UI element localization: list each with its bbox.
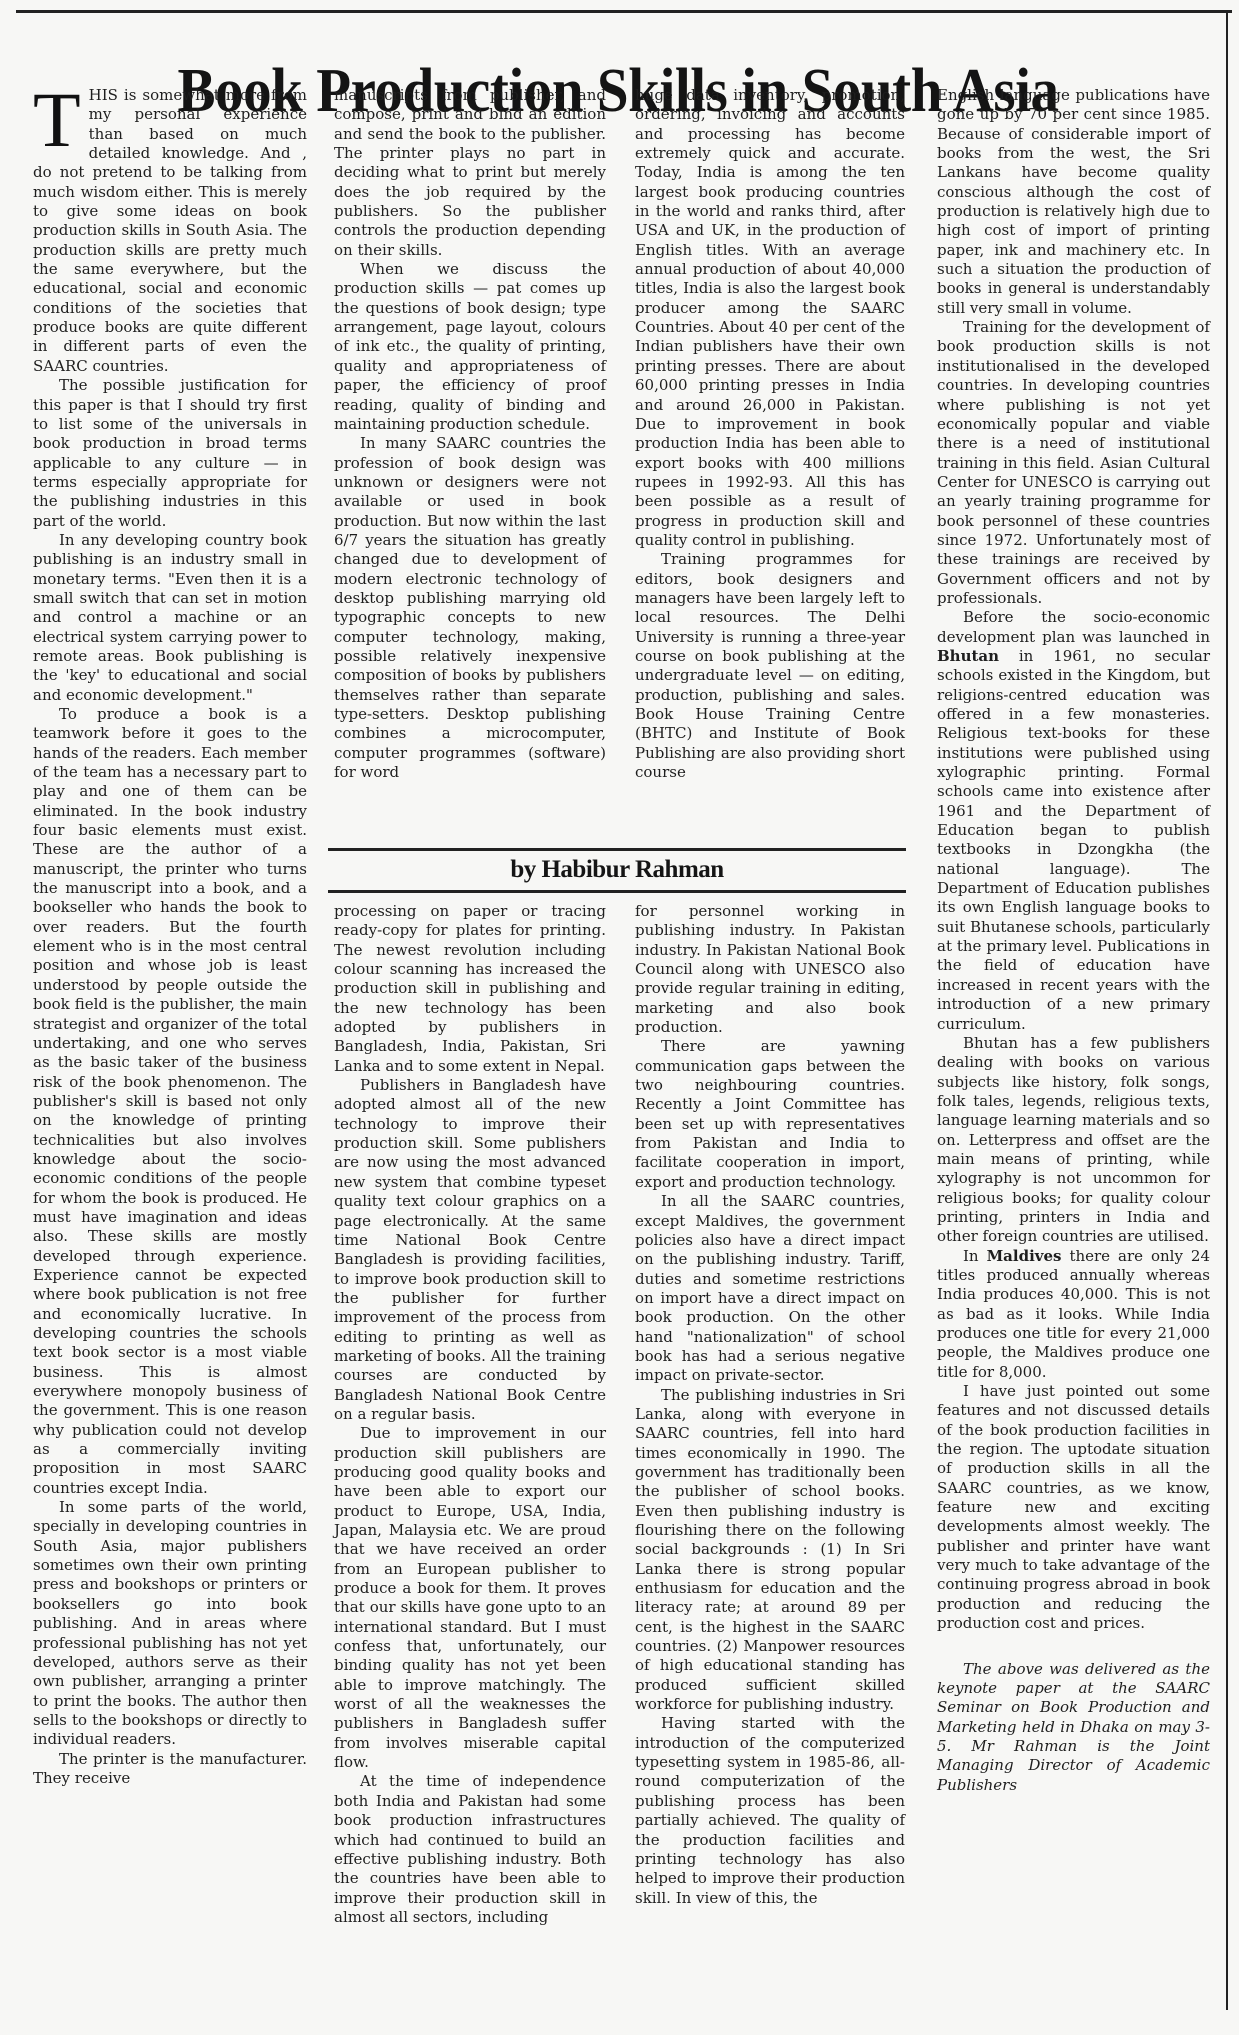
bhutan-bold: Bhutan	[937, 647, 999, 665]
editor-note: The above was delivered as the keynote p…	[937, 1660, 1210, 1795]
paragraph-continued: manuscripts from publisher, and compose,…	[334, 86, 606, 260]
paragraph: Bhutan has a few publishers dealing with…	[937, 1034, 1210, 1247]
paragraph: Publishers in Bangladesh have adopted al…	[334, 1076, 606, 1424]
paragraph: Training programmes for editors, book de…	[635, 550, 905, 782]
paragraph: The publishing industries in Sri Lanka, …	[635, 1386, 905, 1715]
paragraph: Due to improvement in our production ski…	[334, 1424, 606, 1772]
paragraph: In some parts of the world, specially in…	[33, 1498, 307, 1749]
right-column-rule	[1226, 10, 1228, 2010]
newspaper-page: Book Production Skills in South Asia THI…	[0, 0, 1239, 2035]
byline-rule-top	[328, 848, 906, 851]
article-column-3-lower: for personnel working in publishing indu…	[635, 902, 905, 2032]
paragraph: At the time of independence both India a…	[334, 1772, 606, 1927]
paragraph: There are yawning communication gaps bet…	[635, 1037, 905, 1192]
paragraph: In many SAARC countries the profession o…	[334, 434, 606, 782]
paragraph: To produce a book is a teamwork before i…	[33, 705, 307, 1498]
byline-rule-bottom	[328, 890, 906, 893]
paragraph: The possible justification for this pape…	[33, 376, 307, 531]
author-byline: by Habibur Rahman	[328, 854, 906, 886]
paragraph-continued: English language publications have gone …	[937, 86, 1210, 318]
top-rule-divider	[16, 10, 1232, 13]
article-column-2-lower: processing on paper or tracing ready-cop…	[334, 902, 606, 2032]
article-column-3-upper: huge data inventory, promotion, ordering…	[635, 86, 905, 782]
paragraph-continued: for personnel working in publishing indu…	[635, 902, 905, 1037]
paragraph: Training for the development of book pro…	[937, 318, 1210, 608]
maldives-bold: Maldives	[987, 1247, 1062, 1265]
paragraph: When we discuss the production skills — …	[334, 260, 606, 434]
paragraph: The printer is the manufacturer. They re…	[33, 1750, 307, 1789]
paragraph: In all the SAARC countries, except Maldi…	[635, 1192, 905, 1385]
drop-cap: T	[33, 90, 81, 150]
article-column-4: English language publications have gone …	[937, 86, 1210, 2031]
paragraph-continued: huge data inventory, promotion, ordering…	[635, 86, 905, 550]
article-column-1: THIS is somewhat more from my personal e…	[33, 86, 307, 2026]
article-column-2-upper: manuscripts from publisher, and compose,…	[334, 86, 606, 782]
paragraph: Having started with the introduction of …	[635, 1714, 905, 1907]
maldives-paragraph: In Maldives there are only 24 titles pro…	[937, 1247, 1210, 1382]
paragraph: In any developing country book publishin…	[33, 531, 307, 705]
bhutan-paragraph: Before the socio-economic development pl…	[937, 608, 1210, 1034]
paragraph-continued: processing on paper or tracing ready-cop…	[334, 902, 606, 1076]
closing-paragraph: I have just pointed out some features an…	[937, 1382, 1210, 1633]
opening-paragraph: THIS is somewhat more from my personal e…	[33, 86, 307, 376]
